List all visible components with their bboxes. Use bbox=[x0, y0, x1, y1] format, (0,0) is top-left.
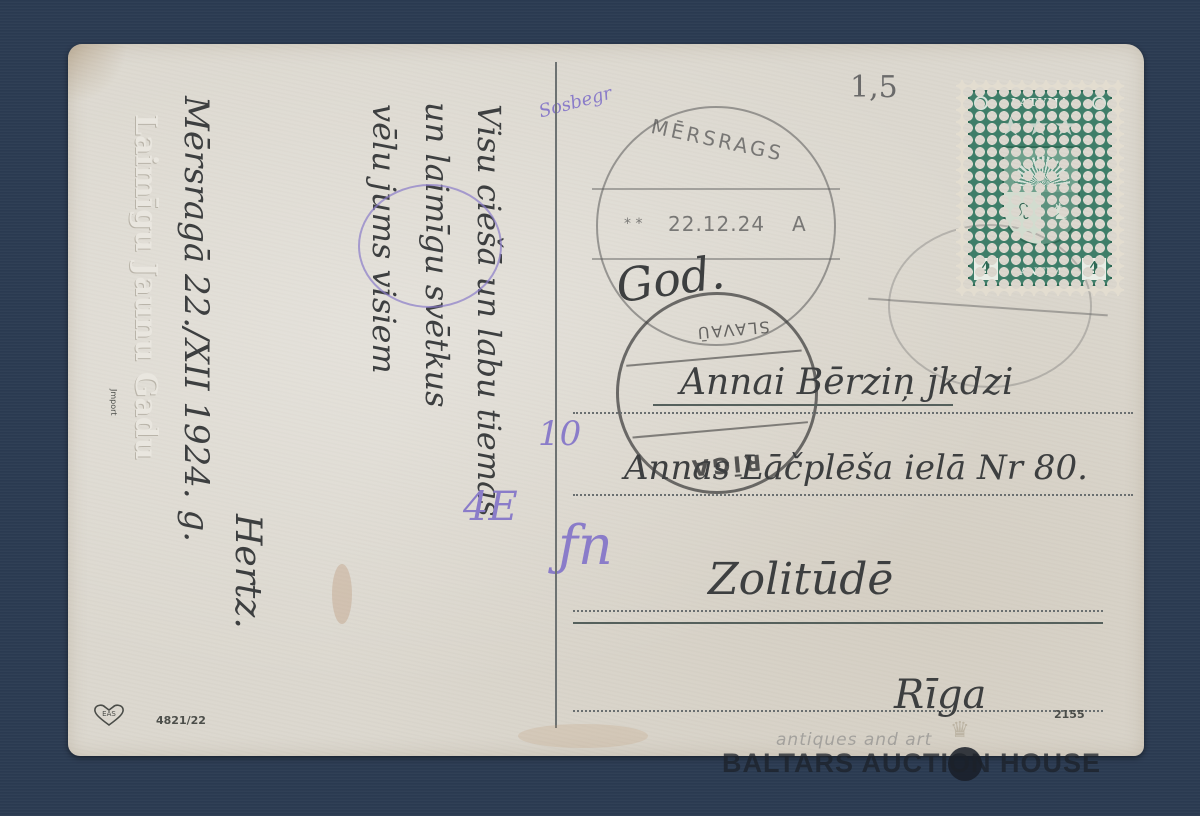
stamp-denomination: SANTIMI bbox=[1002, 267, 1078, 278]
svg-text:EAS: EAS bbox=[102, 710, 116, 718]
edge-wear bbox=[68, 44, 128, 104]
embossed-greeting: Laimīgu Jaunu Gadu bbox=[128, 114, 163, 460]
watermark-tagline: antiques and art bbox=[776, 730, 932, 750]
watermark-brand: BALTARS AUCTION HOUSE bbox=[722, 748, 1101, 779]
pencil-note: 1,5 bbox=[850, 70, 898, 105]
coat-of-arms-icon: ♌ ♞ bbox=[1002, 146, 1080, 246]
postcard: Laimīgu Jaunu Gadu Jmport Mērsragā 22./X… bbox=[68, 44, 1144, 756]
stamp-stars-icon: ★★★ bbox=[970, 112, 1110, 142]
vertical-divider bbox=[555, 62, 557, 728]
catalog-number: 4821/22 bbox=[156, 714, 206, 727]
violet-annotation-10: 10 bbox=[538, 414, 581, 454]
address-line-4 bbox=[573, 710, 1103, 712]
postmark-town: MĒRSRAGS bbox=[649, 114, 786, 166]
address-line-3 bbox=[573, 610, 1103, 612]
violet-loop-mark bbox=[358, 184, 502, 308]
stain bbox=[518, 724, 648, 748]
stamp-value-right: 4 bbox=[1082, 258, 1106, 280]
postmark-code: A bbox=[792, 212, 806, 236]
violet-annotation-signature: Sosbegr bbox=[537, 83, 615, 123]
stamp-country: LATVIJA bbox=[970, 96, 1110, 109]
address-underline bbox=[653, 404, 953, 406]
address-line-2 bbox=[573, 494, 1133, 496]
rising-sun-icon bbox=[1014, 156, 1070, 186]
violet-annotation-4e: 4E bbox=[463, 484, 518, 530]
message-signature: Hertz. bbox=[227, 514, 268, 629]
address-recipient: Annai Bērziņ jkdzi bbox=[680, 362, 1013, 403]
postmark-bar bbox=[632, 421, 808, 438]
address-line-1 bbox=[573, 412, 1133, 414]
postage-stamp: LATVIJA ★★★ ♌ ♞ 4 SANTIMI 4 bbox=[956, 80, 1124, 296]
postmark-riga-partial: SLAVAŪ bbox=[695, 317, 770, 342]
postmark-bar bbox=[592, 188, 840, 190]
message-place-date: Mērsragā 22./XII 1924. g. bbox=[176, 96, 216, 542]
stain bbox=[332, 564, 352, 624]
series-number: 2155 bbox=[1054, 708, 1085, 721]
watermark-crown-icon: ♛ bbox=[950, 718, 970, 743]
lion-icon: ♌ bbox=[1012, 200, 1032, 225]
address-city: Rīga bbox=[894, 672, 986, 718]
address-street: Annas Lāčplēša ielā Nr 80. bbox=[624, 448, 1088, 488]
address-district: Zolitūdē bbox=[708, 554, 893, 605]
postmark-stars: * * bbox=[624, 216, 642, 232]
stamp-value-left: 4 bbox=[974, 258, 998, 280]
address-rule bbox=[573, 622, 1103, 624]
publisher-heart-logo-icon: EAS bbox=[92, 703, 126, 727]
violet-annotation-scrawl: ƒn bbox=[558, 514, 613, 577]
griffin-icon: ♞ bbox=[1050, 200, 1070, 225]
postmark-date: 22.12.24 bbox=[668, 212, 765, 236]
message-line-1: Visu ciešā un labu tiemas bbox=[470, 104, 508, 517]
import-mark: Jmport bbox=[109, 389, 118, 416]
